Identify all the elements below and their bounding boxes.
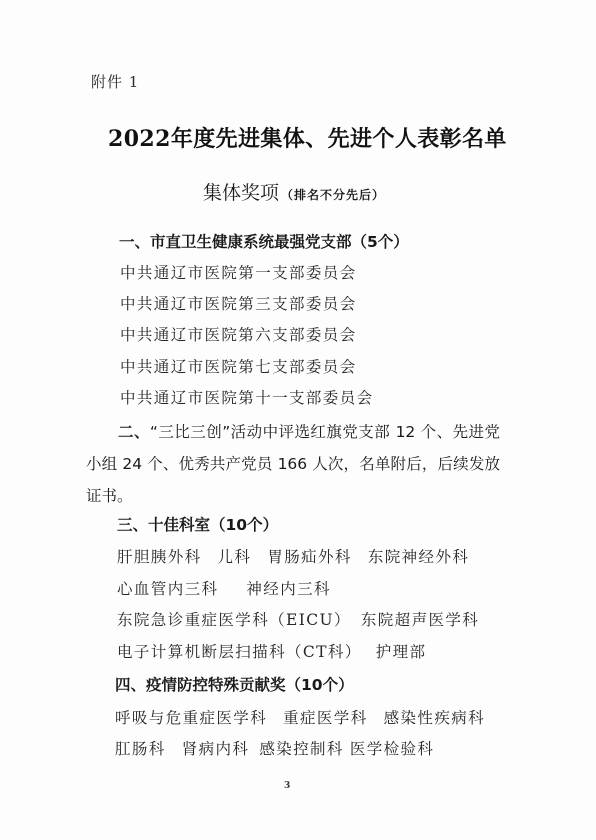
- list-row: 肝胆胰外科儿科胃肠疝外科东院神经外科: [117, 545, 469, 567]
- list-item: 心血管内三科: [117, 580, 218, 598]
- list-item: 东院超声医学科: [361, 611, 479, 629]
- list-row: 呼吸与危重症医学科重症医学科感染性疾病科: [115, 706, 485, 728]
- section-note: （排名不分先后）: [281, 188, 385, 202]
- list-item: 中共通辽市医院第六支部委员会: [120, 323, 357, 345]
- attachment-label: 附件 1: [91, 71, 139, 92]
- section-heading-2: 二、: [118, 423, 150, 441]
- section-heading-4: 四、疫情防控特殊贡献奖（10个）: [115, 673, 354, 695]
- list-item: 护理部: [376, 643, 427, 661]
- list-item: 肝胆胰外科: [117, 548, 202, 566]
- list-item: 感染控制科: [259, 740, 344, 758]
- section-heading-3: 三、十佳科室（10个）: [117, 513, 278, 535]
- list-item: 中共通辽市医院第七支部委员会: [120, 355, 357, 377]
- document-page: 附件 1 2022年度先进集体、先进个人表彰名单 集体奖项（排名不分先后） 一、…: [0, 0, 596, 840]
- list-item: 中共通辽市医院第一支部委员会: [120, 261, 357, 283]
- list-item: 肾病内科: [182, 740, 250, 758]
- list-item: 感染性疾病科: [384, 709, 485, 727]
- list-item: 儿科: [218, 548, 252, 566]
- list-item: 神经内三科: [246, 580, 331, 598]
- list-row: 肛肠科肾病内科感染控制科医学检验科: [115, 737, 434, 759]
- list-row: 电子计算机断层扫描科（CT科）护理部: [117, 640, 426, 662]
- document-title: 2022年度先进集体、先进个人表彰名单: [108, 122, 488, 153]
- list-item: 胃肠疝外科: [267, 548, 352, 566]
- list-item: 呼吸与危重症医学科: [115, 709, 267, 727]
- section-title-text: 集体奖项: [203, 182, 279, 204]
- list-item: 中共通辽市医院第三支部委员会: [120, 292, 357, 314]
- section-title: 集体奖项（排名不分先后）: [203, 178, 385, 205]
- list-item: 重症医学科: [283, 709, 368, 727]
- list-item: 中共通辽市医院第十一支部委员会: [120, 386, 374, 408]
- list-item: 肛肠科: [115, 740, 166, 758]
- section-paragraph-2: 二、“三比三创”活动中评选红旗党支部 12 个、先进党小组 24 个、优秀共产党…: [86, 416, 500, 512]
- list-row: 心血管内三科神经内三科: [117, 577, 331, 599]
- list-item: 医学检验科: [350, 740, 435, 758]
- list-item: 东院神经外科: [368, 548, 469, 566]
- list-row: 东院急诊重症医学科（EICU）东院超声医学科: [117, 608, 479, 630]
- section-heading-1: 一、市直卫生健康系统最强党支部（5个）: [119, 230, 409, 252]
- list-item: 电子计算机断层扫描科（CT科）: [117, 643, 362, 661]
- page-number: 3: [284, 781, 290, 791]
- list-item: 东院急诊重症医学科（EICU）: [117, 611, 351, 629]
